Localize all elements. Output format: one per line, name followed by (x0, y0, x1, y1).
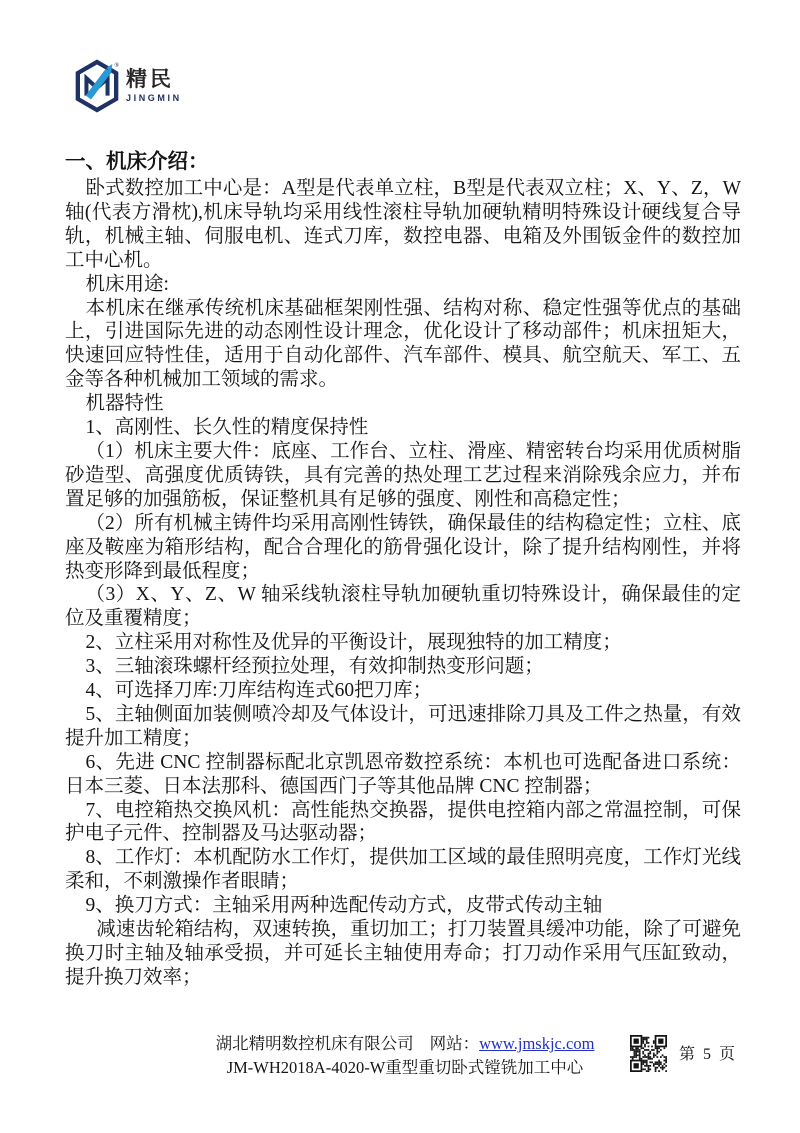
feature-item-1-3: （3）X、Y、Z、W 轴采线轨滚柱导轨加硬轨重切特殊设计，确保最佳的定位及重覆精… (65, 583, 741, 631)
registered-mark: ® (114, 62, 119, 69)
logo-name-en: JINGMIN (126, 94, 182, 103)
paragraph-usage: 本机床在继承传统机床基础框架刚性强、结构对称、稳定性强等优点的基础上，引进国际先… (65, 297, 741, 393)
feature-item-9: 9、换刀方式：主轴采用两种选配传动方式，皮带式传动主轴 (65, 894, 741, 918)
section-heading: 一、机床介绍： (65, 150, 741, 175)
feature-item-1: 1、高刚性、长久性的精度保持性 (65, 416, 741, 440)
website-label: 网站： (430, 1034, 480, 1053)
company-name: 湖北精明数控机床有限公司 (216, 1034, 414, 1053)
paragraph-intro: 卧式数控加工中心是：A型是代表单立柱，B型是代表双立柱；X、Y、Z，W 轴(代表… (65, 177, 741, 273)
feature-item-7: 7、电控箱热交换风机：高性能热交换器，提供电控箱内部之常温控制，可保护电子元件、… (65, 799, 741, 847)
paragraph-usage-title: 机床用途: (65, 273, 741, 297)
jingmin-hexagon-logo-icon: ® (74, 58, 120, 114)
footer-line-1: 湖北精明数控机床有限公司网站：www.jmskjc.com (165, 1032, 645, 1056)
feature-item-1-1: （1）机床主要大件：底座、工作台、立柱、滑座、精密转台均采用优质树脂砂造型、高强… (65, 440, 741, 512)
paragraph-features-title: 机器特性 (65, 392, 741, 416)
feature-item-5: 5、主轴侧面加装侧喷冷却及气体设计，可迅速排除刀具及工件之热量，有效提升加工精度… (65, 703, 741, 751)
logo-name-cn: 精民 (126, 69, 182, 90)
page-number: 第 5 页 (679, 1041, 737, 1064)
feature-item-8: 8、工作灯：本机配防水工作灯，提供加工区域的最佳照明亮度，工作灯光线柔和，不刺激… (65, 846, 741, 894)
document-body: 一、机床介绍： 卧式数控加工中心是：A型是代表单立柱，B型是代表双立柱；X、Y、… (65, 150, 741, 990)
feature-item-6: 6、先进 CNC 控制器标配北京凯恩帝数控系统：本机也可选配备进口系统：日本三菱… (65, 751, 741, 799)
website-link[interactable]: www.jmskjc.com (479, 1034, 594, 1053)
company-logo: ® 精民 JINGMIN (74, 58, 182, 114)
feature-item-1-2: （2）所有机械主铸件均采用高刚性铸铁，确保最佳的结构稳定性；立柱、底座及鞍座为箱… (65, 512, 741, 584)
page-footer: 湖北精明数控机床有限公司网站：www.jmskjc.com JM-WH2018A… (0, 1032, 800, 1092)
logo-text: 精民 JINGMIN (126, 69, 182, 103)
feature-item-2: 2、立柱采用对称性及优异的平衡设计，展现独特的加工精度； (65, 631, 741, 655)
document-page: ® 精民 JINGMIN 一、机床介绍： 卧式数控加工中心是：A型是代表单立柱，… (0, 0, 800, 1133)
qr-code-icon (630, 1035, 667, 1072)
footer-text-block: 湖北精明数控机床有限公司网站：www.jmskjc.com JM-WH2018A… (165, 1032, 645, 1080)
machine-model-line: JM-WH2018A-4020-W重型重切卧式镗铣加工中心 (165, 1056, 645, 1080)
feature-item-9-detail: 减速齿轮箱结构，双速转换，重切加工；打刀装置具缓冲功能，除了可避免换刀时主轴及轴… (65, 918, 741, 990)
feature-item-3: 3、三轴滚珠螺杆经预拉处理，有效抑制热变形问题； (65, 655, 741, 679)
feature-item-4: 4、可选择刀库:刀库结构连式60把刀库； (65, 679, 741, 703)
